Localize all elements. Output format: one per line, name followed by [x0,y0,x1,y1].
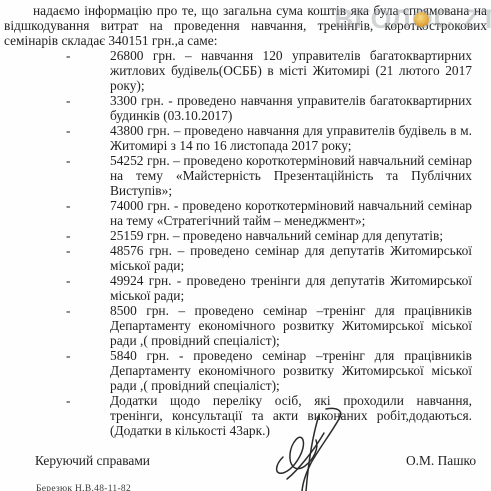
list-dash-marker: - [4,198,110,228]
list-item-text: 54252 грн. – проведено короткотерміновий… [110,153,472,198]
list-item: - 54252 грн. – проведено короткотермінов… [4,153,487,198]
list-item-text: 26800 грн. – навчання 120 управителів ба… [110,48,472,93]
list-item: - 3300 грн. - проведено навчання управит… [4,93,487,123]
list-dash-marker: - [4,348,110,393]
list-item: - 43800 грн. – проведено навчання для уп… [4,123,487,153]
list-dash-marker: - [4,153,110,198]
list-dash-marker: - [4,228,110,243]
list-item-text: 5840 грн. - проведено семінар –тренінг д… [110,348,472,393]
signatory-name: О.М. Пашко [406,453,476,468]
list-item: - 25159 грн. – проведено навчальний семі… [4,228,487,243]
handwritten-signature-icon [264,403,354,491]
list-item: - Додатки щодо переліку осіб, які проход… [4,393,487,438]
document-page: ВГОЛОС.ZT надаємо інформацію про те, що … [0,0,491,491]
list-dash-marker: - [4,243,110,273]
list-item-text: 48576 грн. – проведено семінар для депут… [110,243,472,273]
list-item: - 49924 грн. - проведено тренінги для де… [4,273,487,303]
document-body: надаємо інформацію про те, що загальна с… [4,1,487,471]
list-item-text: 8500 грн. – проведено семінар –тренінг д… [110,303,472,348]
list-item-text: 74000 грн. - проведено короткотерміновий… [110,198,472,228]
executor-footer-note: Березюк Н.В.48-11-82 [36,482,131,491]
signature-block: Керуючий справами О.М. Пашко [4,453,487,471]
expense-list: - 26800 грн. – навчання 120 управителів … [4,48,487,438]
list-item: - 48576 грн. – проведено семінар для деп… [4,243,487,273]
list-item: - 74000 грн. - проведено короткотермінов… [4,198,487,228]
list-item: - 5840 грн. - проведено семінар –тренінг… [4,348,487,393]
list-dash-marker: - [4,93,110,123]
list-item-text: 43800 грн. – проведено навчання для упра… [110,123,472,153]
list-item-text: 25159 грн. – проведено навчальний семіна… [110,228,472,243]
list-item: - 26800 грн. – навчання 120 управителів … [4,48,487,93]
intro-paragraph: надаємо інформацію про те, що загальна с… [4,1,487,48]
list-dash-marker: - [4,393,110,438]
list-item-text: 3300 грн. - проведено навчання управител… [110,93,472,123]
list-item-text: 49924 грн. - проведено тренінги для депу… [110,273,472,303]
list-item: - 8500 грн. – проведено семінар –тренінг… [4,303,487,348]
list-dash-marker: - [4,273,110,303]
signatory-title: Керуючий справами [35,453,150,468]
list-dash-marker: - [4,48,110,93]
list-dash-marker: - [4,303,110,348]
list-dash-marker: - [4,123,110,153]
